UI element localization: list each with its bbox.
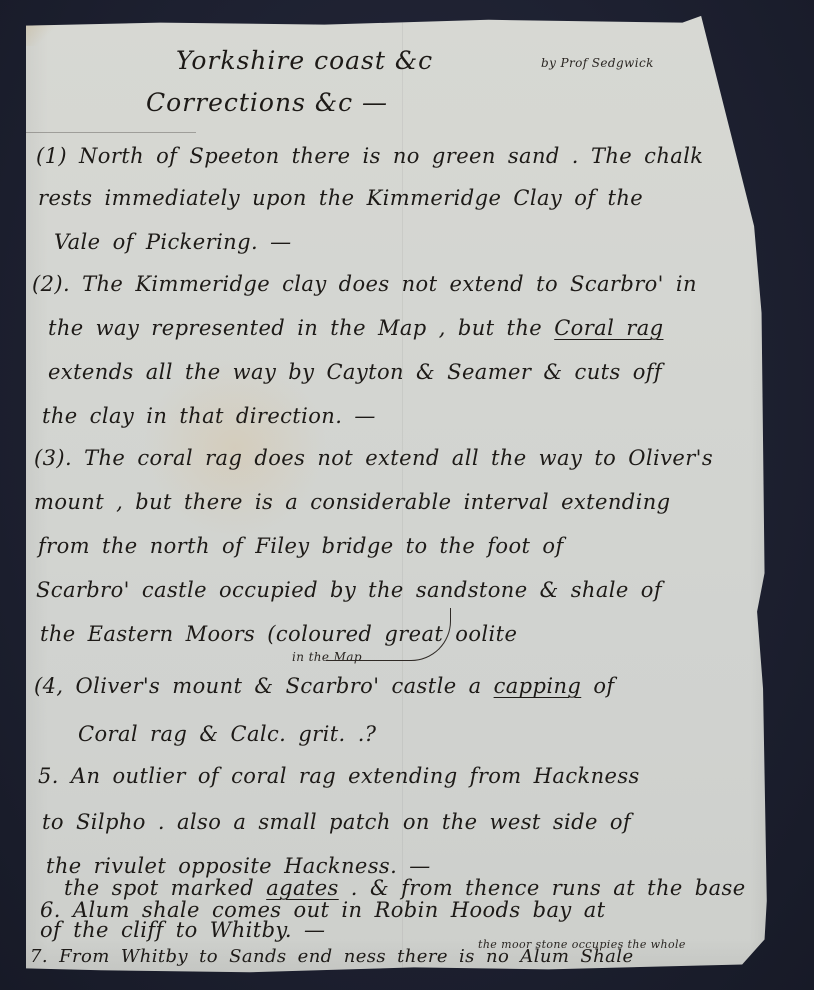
document-title-line-1: Yorkshire coast &c (176, 46, 433, 75)
underlined-term-coral-rag: Coral rag (554, 316, 663, 340)
manuscript-line-3: Vale of Pickering. — (54, 230, 292, 254)
manuscript-line-2: rests immediately upon the Kimmeridge Cl… (38, 186, 643, 210)
underlined-term-capping: capping (494, 674, 582, 698)
manuscript-line-10: from the north of Filey bridge to the fo… (38, 534, 564, 558)
line-text-after: of (581, 674, 614, 698)
manuscript-line-1: (1) North of Speeton there is no green s… (36, 144, 703, 168)
manuscript-line-8: (3). The coral rag does not extend all t… (34, 446, 713, 470)
manuscript-line-15: 5. An outlier of coral rag extending fro… (38, 764, 640, 788)
manuscript-line-17: the rivulet opposite Hackness. — (46, 854, 431, 878)
document-byline: by Prof Sedgwick (541, 56, 654, 70)
manuscript-line-18: 6. Alum shale comes out in Robin Hoods b… (40, 898, 606, 922)
manuscript-page: Yorkshire coast &c by Prof Sedgwick Corr… (26, 14, 772, 978)
line-text-before: (4, Oliver's mount & Scarbro' castle a (34, 674, 494, 698)
manuscript-line-9: mount , but there is a considerable inte… (34, 490, 670, 514)
manuscript-line-5: the way represented in the Map , but the… (48, 316, 663, 340)
manuscript-line-14: Coral rag & Calc. grit. .? (78, 722, 376, 746)
manuscript-line-11: Scarbro' castle occupied by the sandston… (36, 578, 662, 602)
manuscript-line-7: the clay in that direction. — (42, 404, 376, 428)
manuscript-line-16: to Silpho . also a small patch on the we… (42, 810, 631, 834)
manuscript-line-4: (2). The Kimmeridge clay does not extend… (32, 272, 697, 296)
manuscript-line-13: (4, Oliver's mount & Scarbro' castle a c… (34, 674, 615, 698)
title-rule (26, 132, 196, 133)
annotation-bracket (326, 608, 451, 661)
document-title-line-2: Corrections &c — (146, 88, 388, 117)
line-text-before: the way represented in the Map , but the (48, 316, 554, 340)
manuscript-line-6: extends all the way by Cayton & Seamer &… (48, 360, 662, 384)
